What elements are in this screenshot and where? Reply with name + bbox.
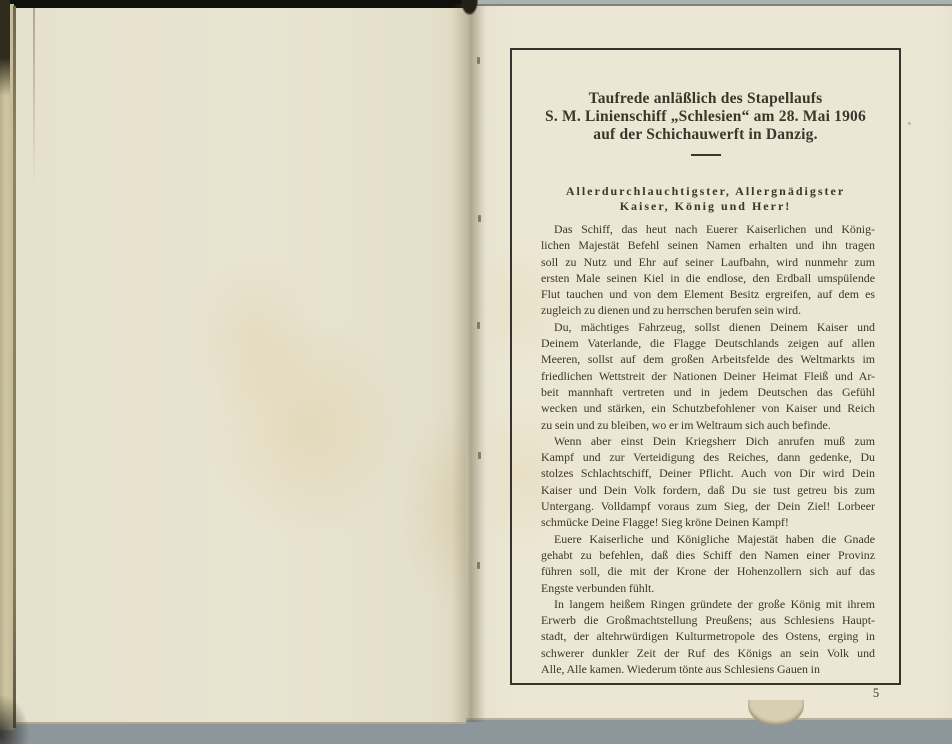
binding-stitch	[477, 322, 480, 329]
paragraph: Das Schiff, das heut nach Euerer Kaiserl…	[541, 221, 875, 319]
binding-stitch	[478, 452, 481, 459]
body-line: Kaiser und Dein Volk fordern, daß Du sie…	[541, 482, 875, 498]
body-line: Das Schiff, das heut nach Euerer Kaiserl…	[541, 221, 875, 237]
salutation-heading: Allerdurchlauchtigster, Allergnädigster …	[512, 184, 899, 213]
scan-shadow-bottom-left	[0, 694, 30, 744]
spine-bottom-fold	[748, 700, 804, 726]
left-page-blank	[16, 8, 466, 724]
title-line: Taufrede anläßlich des Stapellaufs	[512, 90, 899, 108]
text-frame: Taufrede anläßlich des Stapellaufs S. M.…	[510, 48, 901, 685]
paragraph: Wenn aber einst Dein Kriegsherr Dich anr…	[541, 433, 875, 531]
body-line: Euere Kaiserliche und Königliche Majestä…	[541, 531, 875, 547]
paragraph: Euere Kaiserliche und Königliche Majestä…	[541, 531, 875, 596]
body-line: Du, mächtiges Fahrzeug, sollst dienen De…	[541, 319, 875, 335]
body-line: stolzes Schlachtschiff, Deiner Pflicht. …	[541, 465, 875, 481]
body-line: gehabt zu befehlen, daß dies Schiff den …	[541, 547, 875, 563]
scanned-book-spread: Taufrede anläßlich des Stapellaufs S. M.…	[0, 0, 952, 744]
title-line: auf der Schichauwerft in Danzig.	[512, 126, 899, 144]
title-divider-rule	[691, 154, 721, 156]
title-line: S. M. Linienschiff „Schlesien“ am 28. Ma…	[512, 108, 899, 126]
body-line: friedlichen Wettstreit der Nationen Dein…	[541, 368, 875, 384]
body-line: schmücke Deine Flagge! Sieg kröne Deinen…	[541, 514, 875, 530]
spine-top-shadow	[461, 0, 478, 15]
binding-stitch	[478, 215, 481, 222]
speech-body: Das Schiff, das heut nach Euerer Kaiserl…	[541, 221, 875, 677]
body-line: beit mannhaft vertreten und in jedem Deu…	[541, 384, 875, 400]
body-line: ersten Male seinen Kiel in die endlose, …	[541, 270, 875, 286]
binding-stitch	[477, 57, 480, 64]
body-line: stadt, der altehrwürdigen Kulturmetropol…	[541, 628, 875, 644]
body-line: Meeren, sollst auf dem großen Arbeitsfel…	[541, 351, 875, 367]
body-line: Engste verbunden fühlt.	[541, 580, 875, 596]
salutation-line: Kaiser, König und Herr!	[512, 199, 899, 214]
page-number: 5	[866, 686, 886, 701]
body-line: Alle, Alle kamen. Wiederum tönte aus Sch…	[541, 661, 875, 677]
salutation-line: Allerdurchlauchtigster, Allergnädigster	[512, 184, 899, 199]
book-spine-gutter	[452, 4, 486, 722]
body-line: Wenn aber einst Dein Kriegsherr Dich anr…	[541, 433, 875, 449]
body-line: führen soll, die mit der Krone der Hohen…	[541, 563, 875, 579]
scan-shadow-corner	[0, 0, 10, 96]
scan-speck: +	[907, 120, 913, 127]
body-line: Erwerb die Großmachtstellung Preußens; a…	[541, 612, 875, 628]
page-title: Taufrede anläßlich des Stapellaufs S. M.…	[512, 90, 899, 144]
body-line: In langem heißem Ringen gründete der gro…	[541, 596, 875, 612]
body-line: Deinem Vaterlande, die Flagge Deutschlan…	[541, 335, 875, 351]
body-line: wecken und stärken, ein Schutzbefohlener…	[541, 400, 875, 416]
body-line: Kampf und zur Verteidigung des Reiches, …	[541, 449, 875, 465]
body-line: zu sein und zu bleiben, wo er im Weltrau…	[541, 417, 875, 433]
page-fold-line	[33, 8, 35, 188]
body-line: lichen Majestät Befehl seinen Namen erha…	[541, 237, 875, 253]
body-line: zugleich zu dienen und zu herrschen beru…	[541, 302, 875, 318]
binding-stitch	[477, 562, 480, 569]
paragraph: Du, mächtiges Fahrzeug, sollst dienen De…	[541, 319, 875, 433]
body-line: soll zu Nutz und Ehr auf seiner Laufbahn…	[541, 254, 875, 270]
paragraph: In langem heißem Ringen gründete der gro…	[541, 596, 875, 677]
body-line: Flut tauchen und von dem Element Besitz …	[541, 286, 875, 302]
body-line: Untergang. Volldampf voraus zum Sieg, de…	[541, 498, 875, 514]
book-cover-edge	[0, 4, 14, 730]
body-line: schwerer dunkler Zeit der Ruf des Königs…	[541, 645, 875, 661]
